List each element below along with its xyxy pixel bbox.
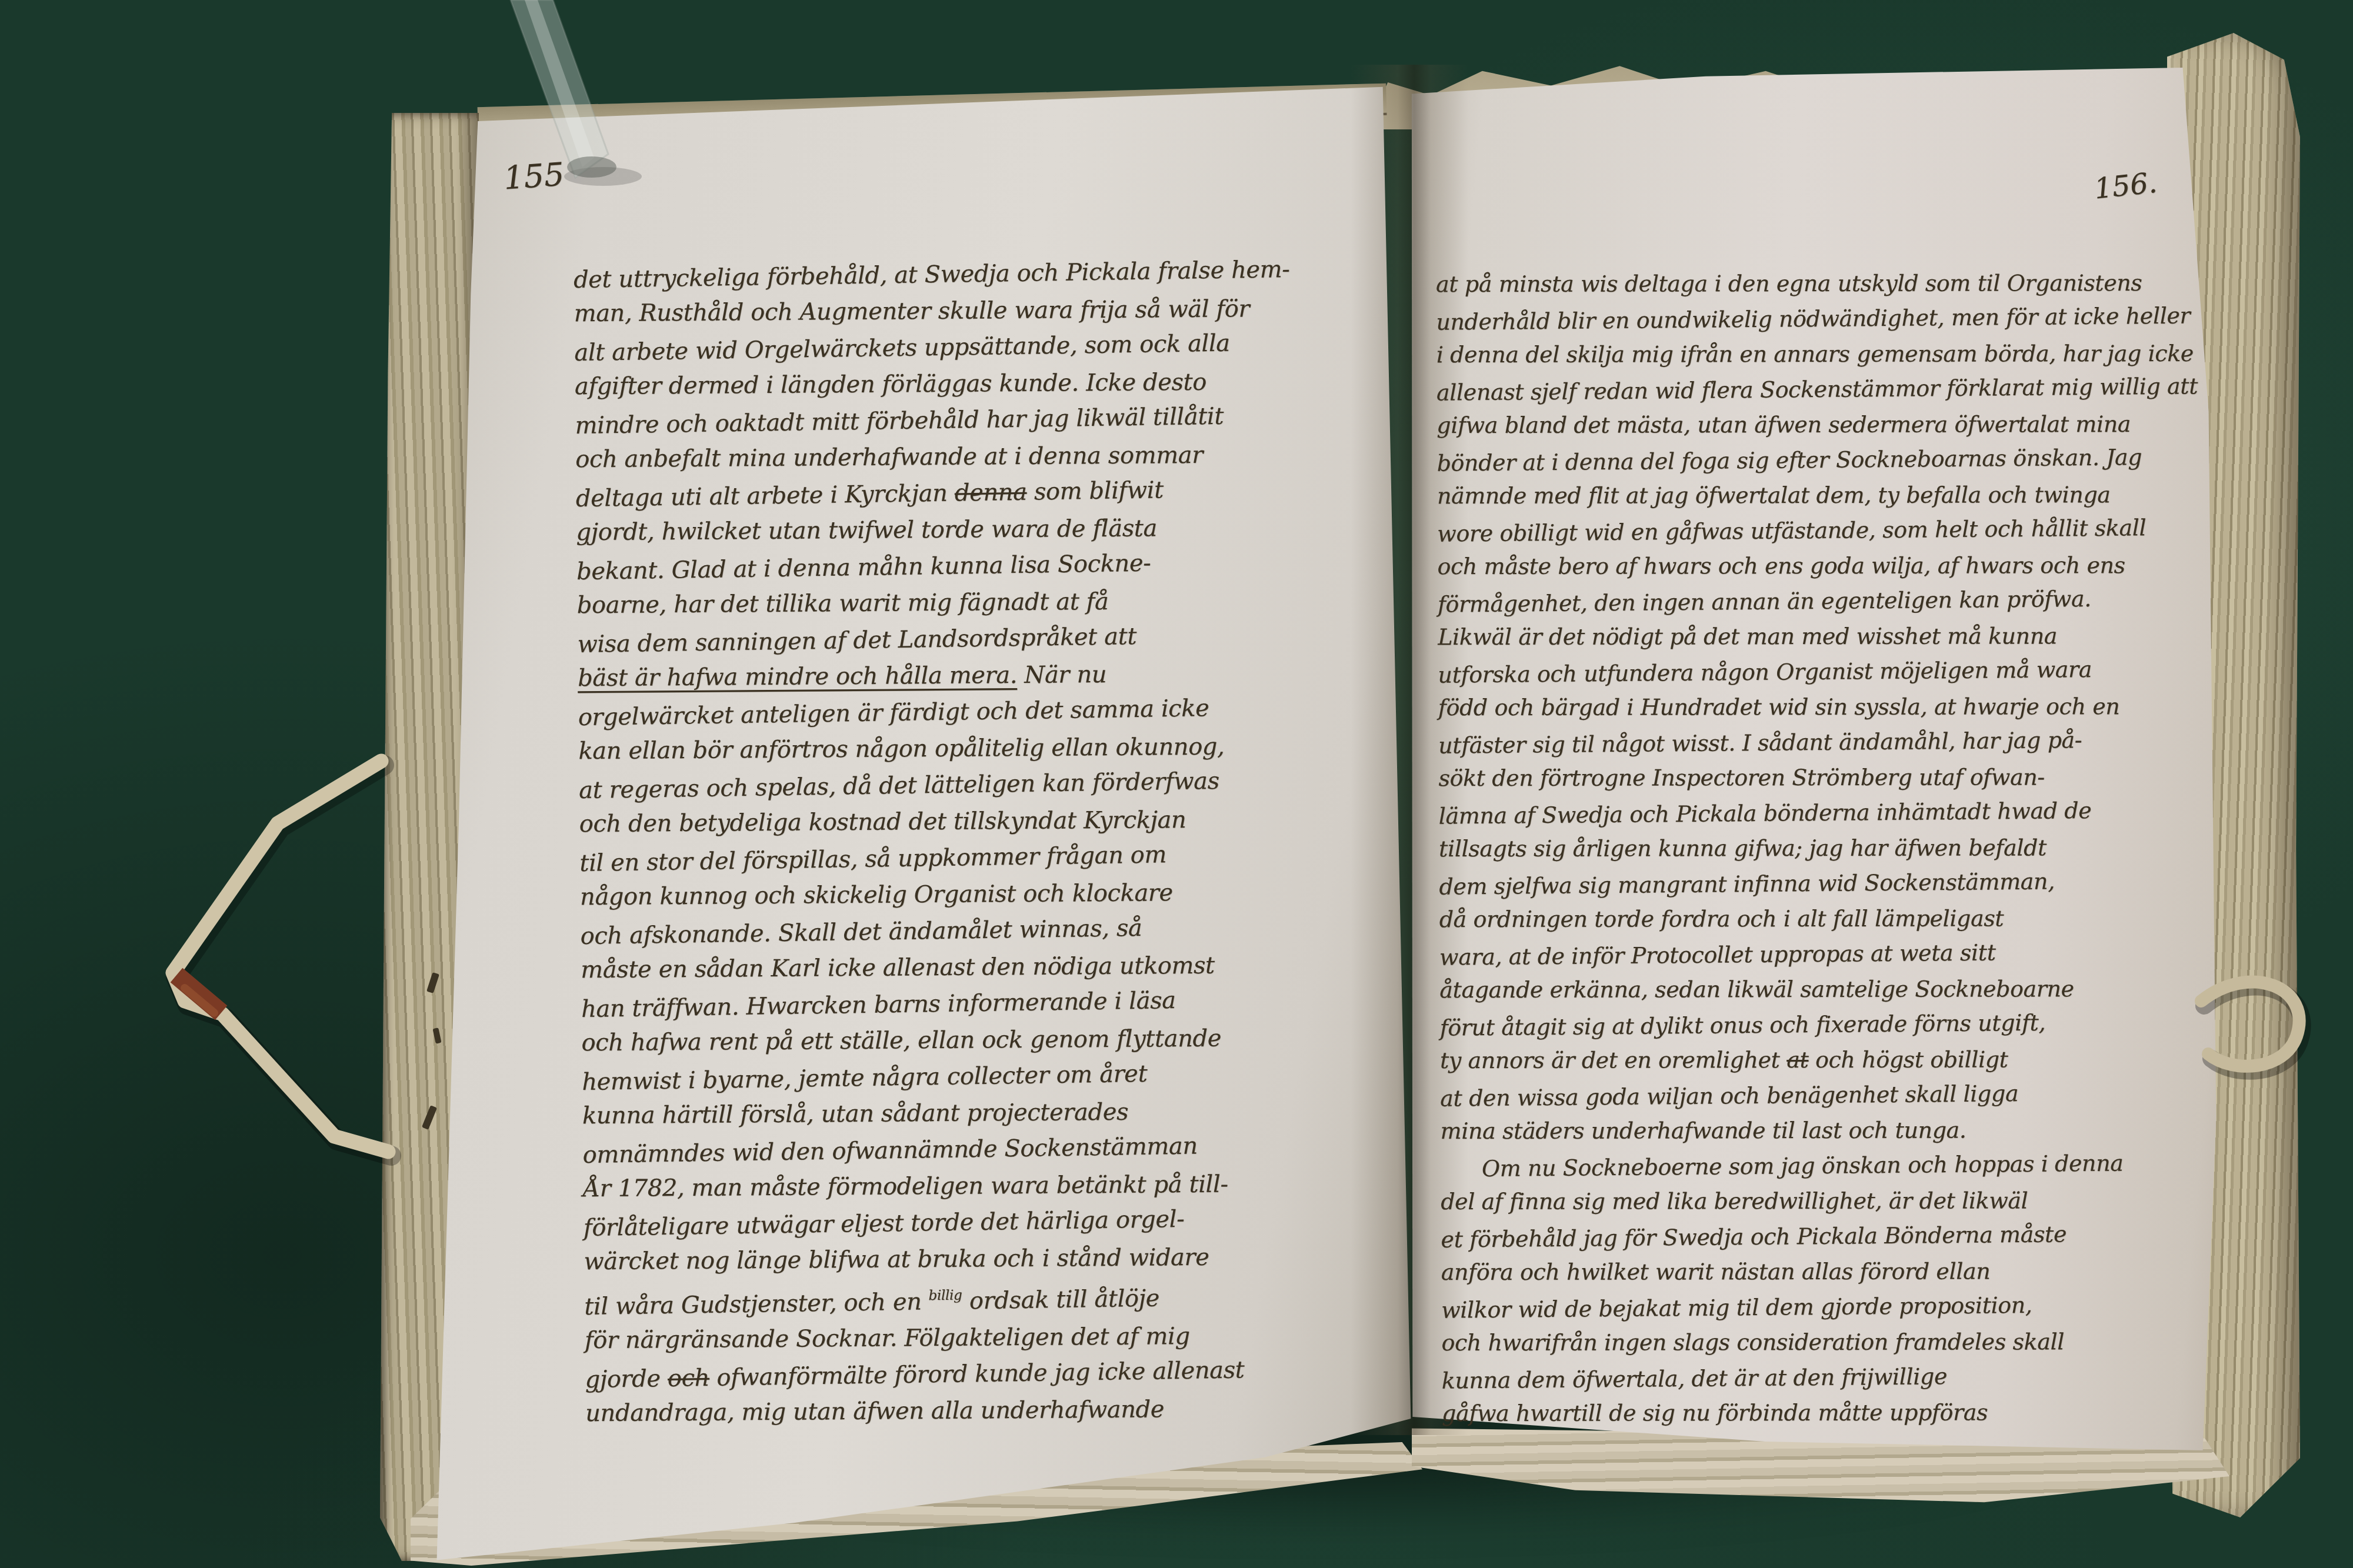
manuscript-line: utforska och utfundera någon Organist mö… [1438, 650, 2199, 692]
manuscript-line: wilkor wid de bejakat mig til dem gjorde… [1441, 1286, 2202, 1327]
manuscript-line: Likwäl är det nödigt på det man med wiss… [1438, 618, 2199, 655]
manuscript-line: at den wissa goda wiljan och benägenhet … [1440, 1074, 2201, 1116]
manuscript-line: lämna af Swedja och Pickala bönderna inh… [1438, 792, 2199, 833]
manuscript-line: Om nu Sockneboerne som jag önskan och ho… [1441, 1145, 2202, 1186]
manuscript-line: undandraga, mig utan äfwen alla underhaf… [585, 1390, 1302, 1432]
manuscript-line: tillsagts sig årligen kunna gifwa; jag h… [1439, 830, 2200, 866]
manuscript-line: förut åtagit sig at dylikt onus och fixe… [1439, 1003, 2201, 1045]
glass-page-weight-rod [482, 0, 671, 212]
manuscript-line: född och bärgad i Hundradet wid sin syss… [1438, 689, 2199, 725]
photograph-of-open-manuscript-book: 155 156. det uttryckeliga förbehåld, at … [0, 0, 2353, 1568]
manuscript-line: utfäster sig til något wisst. I sådant ä… [1438, 721, 2199, 763]
manuscript-line: anföra och hwilket warit nästan allas fö… [1441, 1253, 2202, 1290]
manuscript-line: ty annors är det en oremlighet at och hö… [1440, 1042, 2201, 1078]
manuscript-line: at på minsta wis deltaga i den egna utsk… [1436, 265, 2197, 302]
manuscript-line: och måste bero af hwars och ens goda wil… [1437, 548, 2198, 584]
manuscript-line: nämnde med flit at jag öfwertalat dem, t… [1437, 477, 2198, 513]
manuscript-line: til wåra Gudstjenster, och en billig ord… [584, 1272, 1301, 1325]
manuscript-line: et förbehåld jag för Swedja och Pickala … [1441, 1215, 2202, 1257]
manuscript-line: mina städers underhafwande til last och … [1440, 1112, 2201, 1149]
manuscript-line: underhåld blir en oundwikelig nödwändigh… [1436, 298, 2197, 339]
manuscript-line: wara, at de inför Protocollet uppropas a… [1439, 933, 2201, 975]
manuscript-line: förmågenhet, den ingen annan än egenteli… [1438, 580, 2199, 622]
handwritten-text-page-156: at på minsta wis deltaga i den egna utsk… [1436, 264, 2203, 1433]
handwritten-text-page-155: det uttryckeliga förbehåld, at Swedja oc… [574, 253, 1302, 1433]
manuscript-line: bönder at i denna del foga sig efter Soc… [1437, 439, 2198, 481]
manuscript-line: kunna dem öfwertala, det är at den frijw… [1441, 1356, 2202, 1398]
manuscript-line: i denna del skilja mig ifrån en annars g… [1437, 336, 2198, 372]
manuscript-line: sökt den förtrogne Inspectoren Strömberg… [1438, 759, 2199, 796]
manuscript-line: allenast sjelf redan wid flera Sockenstä… [1437, 368, 2198, 410]
manuscript-line: wore obilligt wid en gåfwas utfästande, … [1437, 509, 2198, 551]
manuscript-line: del af finna sig med lika beredwillighet… [1441, 1183, 2202, 1219]
manuscript-line: dem sjelfwa sig mangrant infinna wid Soc… [1439, 862, 2200, 904]
right-tie-ribbon [2177, 953, 2341, 1117]
manuscript-line: och hwarifrån ingen slags consideration … [1441, 1324, 2202, 1360]
manuscript-line: gåfwa hwartill de sig nu förbinda måtte … [1442, 1394, 2203, 1431]
left-tie-ribbon [59, 735, 471, 1206]
manuscript-line: åtagande erkänna, sedan likwäl samtelige… [1439, 971, 2201, 1007]
page-number-right: 156. [2092, 166, 2158, 206]
manuscript-line: då ordningen torde fordra och i alt fall… [1439, 900, 2201, 937]
manuscript-line: gifwa bland det mästa, utan äfwen sederm… [1437, 406, 2198, 443]
